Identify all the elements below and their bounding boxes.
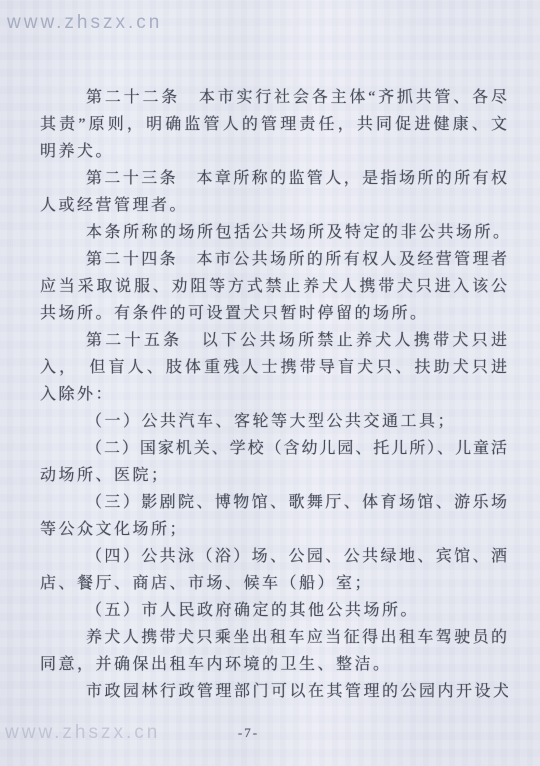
text-line: 第二十五条 以下公共场所禁止养犬人携带犬只进	[40, 327, 508, 354]
text-line: （三）影剧院、博物馆、歌舞厅、体育场馆、游乐场	[40, 489, 508, 516]
text-line: 入除外：	[40, 381, 508, 408]
text-line: 应当采取说服、劝阻等方式禁止养犬人携带犬只进入该公	[40, 273, 508, 300]
watermark-top: www.zhszx.cn	[7, 12, 162, 34]
text-line: 店、餐厅、商店、市场、候车（船）室；	[40, 570, 508, 597]
text-line: 同意，并确保出租车内环境的卫生、整洁。	[40, 651, 508, 678]
paragraph: 市政园林行政管理部门可以在其管理的公园内开设犬	[40, 678, 508, 705]
text-line: 等公众文化场所；	[40, 516, 508, 543]
text-line: 明养犬。	[40, 138, 508, 165]
paragraph: （二）国家机关、学校（含幼儿园、托儿所）、儿童活动场所、医院；	[40, 435, 508, 489]
text-line: （四）公共泳（浴）场、公园、公共绿地、宾馆、酒	[40, 543, 508, 570]
watermark-bottom: www.zhszx.cn	[5, 722, 160, 744]
paragraph: 第二十三条 本章所称的监管人，是指场所的所有权人或经营管理者。	[40, 165, 508, 219]
paragraph: 养犬人携带犬只乘坐出租车应当征得出租车驾驶员的同意，并确保出租车内环境的卫生、整…	[40, 624, 508, 678]
paragraph: 本条所称的场所包括公共场所及特定的非公共场所。	[40, 219, 508, 246]
document-body: 第二十二条 本市实行社会各主体“齐抓共管、各尽其责”原则，明确监管人的管理责任，…	[40, 84, 508, 705]
paragraph: （五）市人民政府确定的其他公共场所。	[40, 597, 508, 624]
text-line: （一）公共汽车、客轮等大型公共交通工具；	[40, 408, 508, 435]
text-line: 养犬人携带犬只乘坐出租车应当征得出租车驾驶员的	[40, 624, 508, 651]
paragraph: （三）影剧院、博物馆、歌舞厅、体育场馆、游乐场等公众文化场所；	[40, 489, 508, 543]
text-line: 第二十三条 本章所称的监管人，是指场所的所有权	[40, 165, 508, 192]
text-line: 共场所。有条件的可设置犬只暂时停留的场所。	[40, 300, 508, 327]
text-line: 市政园林行政管理部门可以在其管理的公园内开设犬	[40, 678, 508, 705]
scanned-document-page: www.zhszx.cn 第二十二条 本市实行社会各主体“齐抓共管、各尽其责”原…	[0, 0, 540, 766]
text-line: 动场所、医院；	[40, 462, 508, 489]
text-line: 人或经营管理者。	[40, 192, 508, 219]
paragraph: 第二十四条 本市公共场所的所有权人及经营管理者应当采取说服、劝阻等方式禁止养犬人…	[40, 246, 508, 327]
paragraph: （四）公共泳（浴）场、公园、公共绿地、宾馆、酒店、餐厅、商店、市场、候车（船）室…	[40, 543, 508, 597]
paragraph: （一）公共汽车、客轮等大型公共交通工具；	[40, 408, 508, 435]
paragraph: 第二十五条 以下公共场所禁止养犬人携带犬只进入， 但盲人、肢体重残人士携带导盲犬…	[40, 327, 508, 408]
text-line: 第二十二条 本市实行社会各主体“齐抓共管、各尽	[40, 84, 508, 111]
text-line: 本条所称的场所包括公共场所及特定的非公共场所。	[40, 219, 508, 246]
text-line: （二）国家机关、学校（含幼儿园、托儿所）、儿童活	[40, 435, 508, 462]
paragraph: 第二十二条 本市实行社会各主体“齐抓共管、各尽其责”原则，明确监管人的管理责任，…	[40, 84, 508, 165]
text-line: 入， 但盲人、肢体重残人士携带导盲犬只、扶助犬只进	[40, 354, 508, 381]
text-line: 第二十四条 本市公共场所的所有权人及经营管理者	[40, 246, 508, 273]
text-line: （五）市人民政府确定的其他公共场所。	[40, 597, 508, 624]
text-line: 其责”原则，明确监管人的管理责任，共同促进健康、文	[40, 111, 508, 138]
